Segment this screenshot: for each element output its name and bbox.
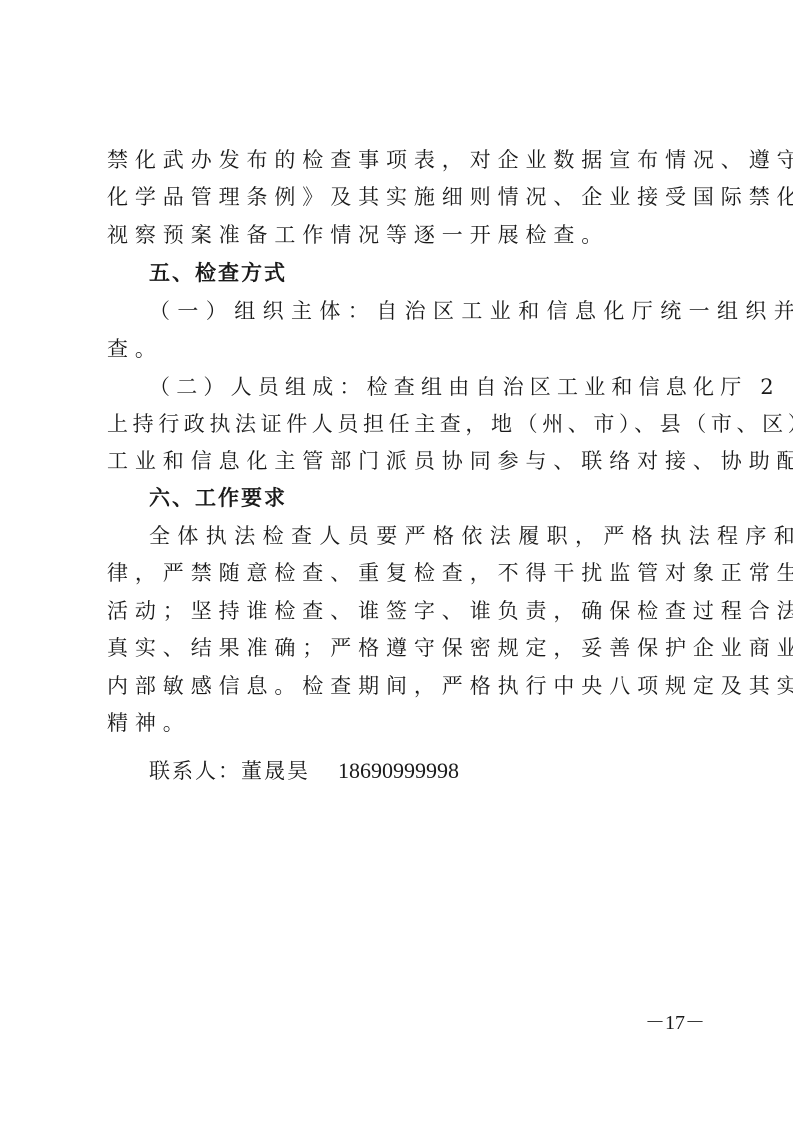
- section-heading-inspection-method: 五、检查方式: [149, 259, 287, 287]
- contact-phone: 18690999998: [338, 758, 459, 783]
- body-line: 查。: [107, 335, 697, 363]
- body-line: （一）组织主体：自治区工业和信息化厅统一组织并实施检: [149, 297, 697, 325]
- body-line: 律，严禁随意检查、重复检查，不得干扰监管对象正常生产经营: [107, 559, 697, 587]
- body-line: 全体执法检查人员要严格依法履职，严格执法程序和工作纪: [149, 522, 697, 550]
- body-line: 工业和信息化主管部门派员协同参与、联络对接、协助配合。: [107, 447, 697, 475]
- page-number: －17－: [645, 1011, 705, 1035]
- document-page: 禁化武办发布的检查事项表，对企业数据宣布情况、遵守《监控 化学品管理条例》及其实…: [0, 0, 793, 1122]
- body-line: 禁化武办发布的检查事项表，对企业数据宣布情况、遵守《监控: [107, 146, 697, 174]
- body-line: 活动；坚持谁检查、谁签字、谁负责，确保检查过程合法、内容: [107, 597, 697, 625]
- contact-name: 董晟昊: [241, 759, 310, 783]
- body-line: 精神。: [107, 709, 697, 737]
- body-line: 真实、结果准确；严格遵守保密规定，妥善保护企业商业秘密和: [107, 634, 697, 662]
- body-line: 上持行政执法证件人员担任主查，地（州、市）、县（市、区）: [107, 410, 697, 438]
- section-heading-work-requirements: 六、工作要求: [149, 484, 287, 512]
- body-line: 化学品管理条例》及其实施细则情况、企业接受国际禁化武组织: [107, 183, 697, 211]
- contact-line: 联系人：董晟昊18690999998: [149, 757, 459, 785]
- body-line: （二）人员组成：检查组由自治区工业和信息化厅 2 名及以: [149, 373, 697, 401]
- contact-label: 联系人：: [149, 759, 241, 783]
- body-line: 视察预案准备工作情况等逐一开展检查。: [107, 221, 697, 249]
- body-line: 内部敏感信息。检查期间，严格执行中央八项规定及其实施细则: [107, 672, 697, 700]
